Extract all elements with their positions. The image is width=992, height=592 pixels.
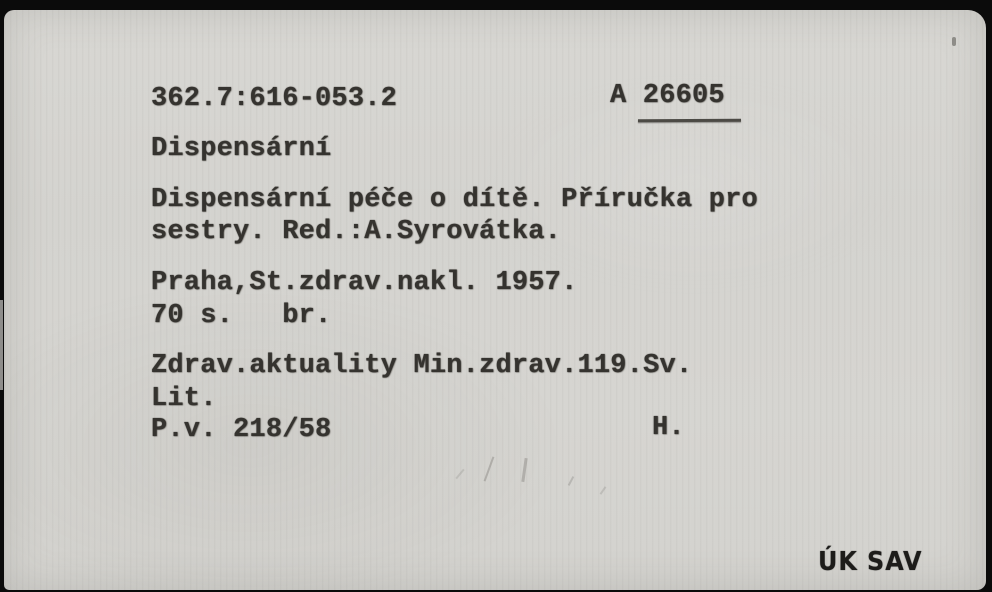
pencil-mark [568,476,574,486]
accession-number: A 26605 [610,83,725,110]
catalog-card: 362.7:616-053.2 A 26605 Dispensární Disp… [4,10,986,590]
collation-line: 70 s. br. [151,303,331,330]
scan-edge-artifact [0,300,3,390]
library-stamp: ÚK SAV [818,549,922,575]
pencil-mark [455,469,464,479]
scanned-catalog-card: 362.7:616-053.2 A 26605 Dispensární Disp… [0,0,992,592]
dust-speck [952,37,956,46]
series-line-2: Lit. [151,386,217,413]
accession-underline [638,119,741,123]
cataloguer-initial: H. [652,415,685,442]
series-line-1: Zdrav.aktuality Min.zdrav.119.Sv. [151,353,692,380]
record-number: P.v. 218/58 [151,417,331,444]
imprint-line: Praha,St.zdrav.nakl. 1957. [151,270,577,297]
pencil-mark [521,458,527,482]
heading-entry: Dispensární [151,136,331,163]
title-line-1: Dispensární péče o dítě. Příručka pro [151,187,758,214]
pencil-mark [600,486,607,495]
classification-number: 362.7:616-053.2 [151,86,397,113]
title-line-2: sestry. Red.:A.Syrovátka. [151,219,561,246]
pencil-mark [484,456,495,481]
